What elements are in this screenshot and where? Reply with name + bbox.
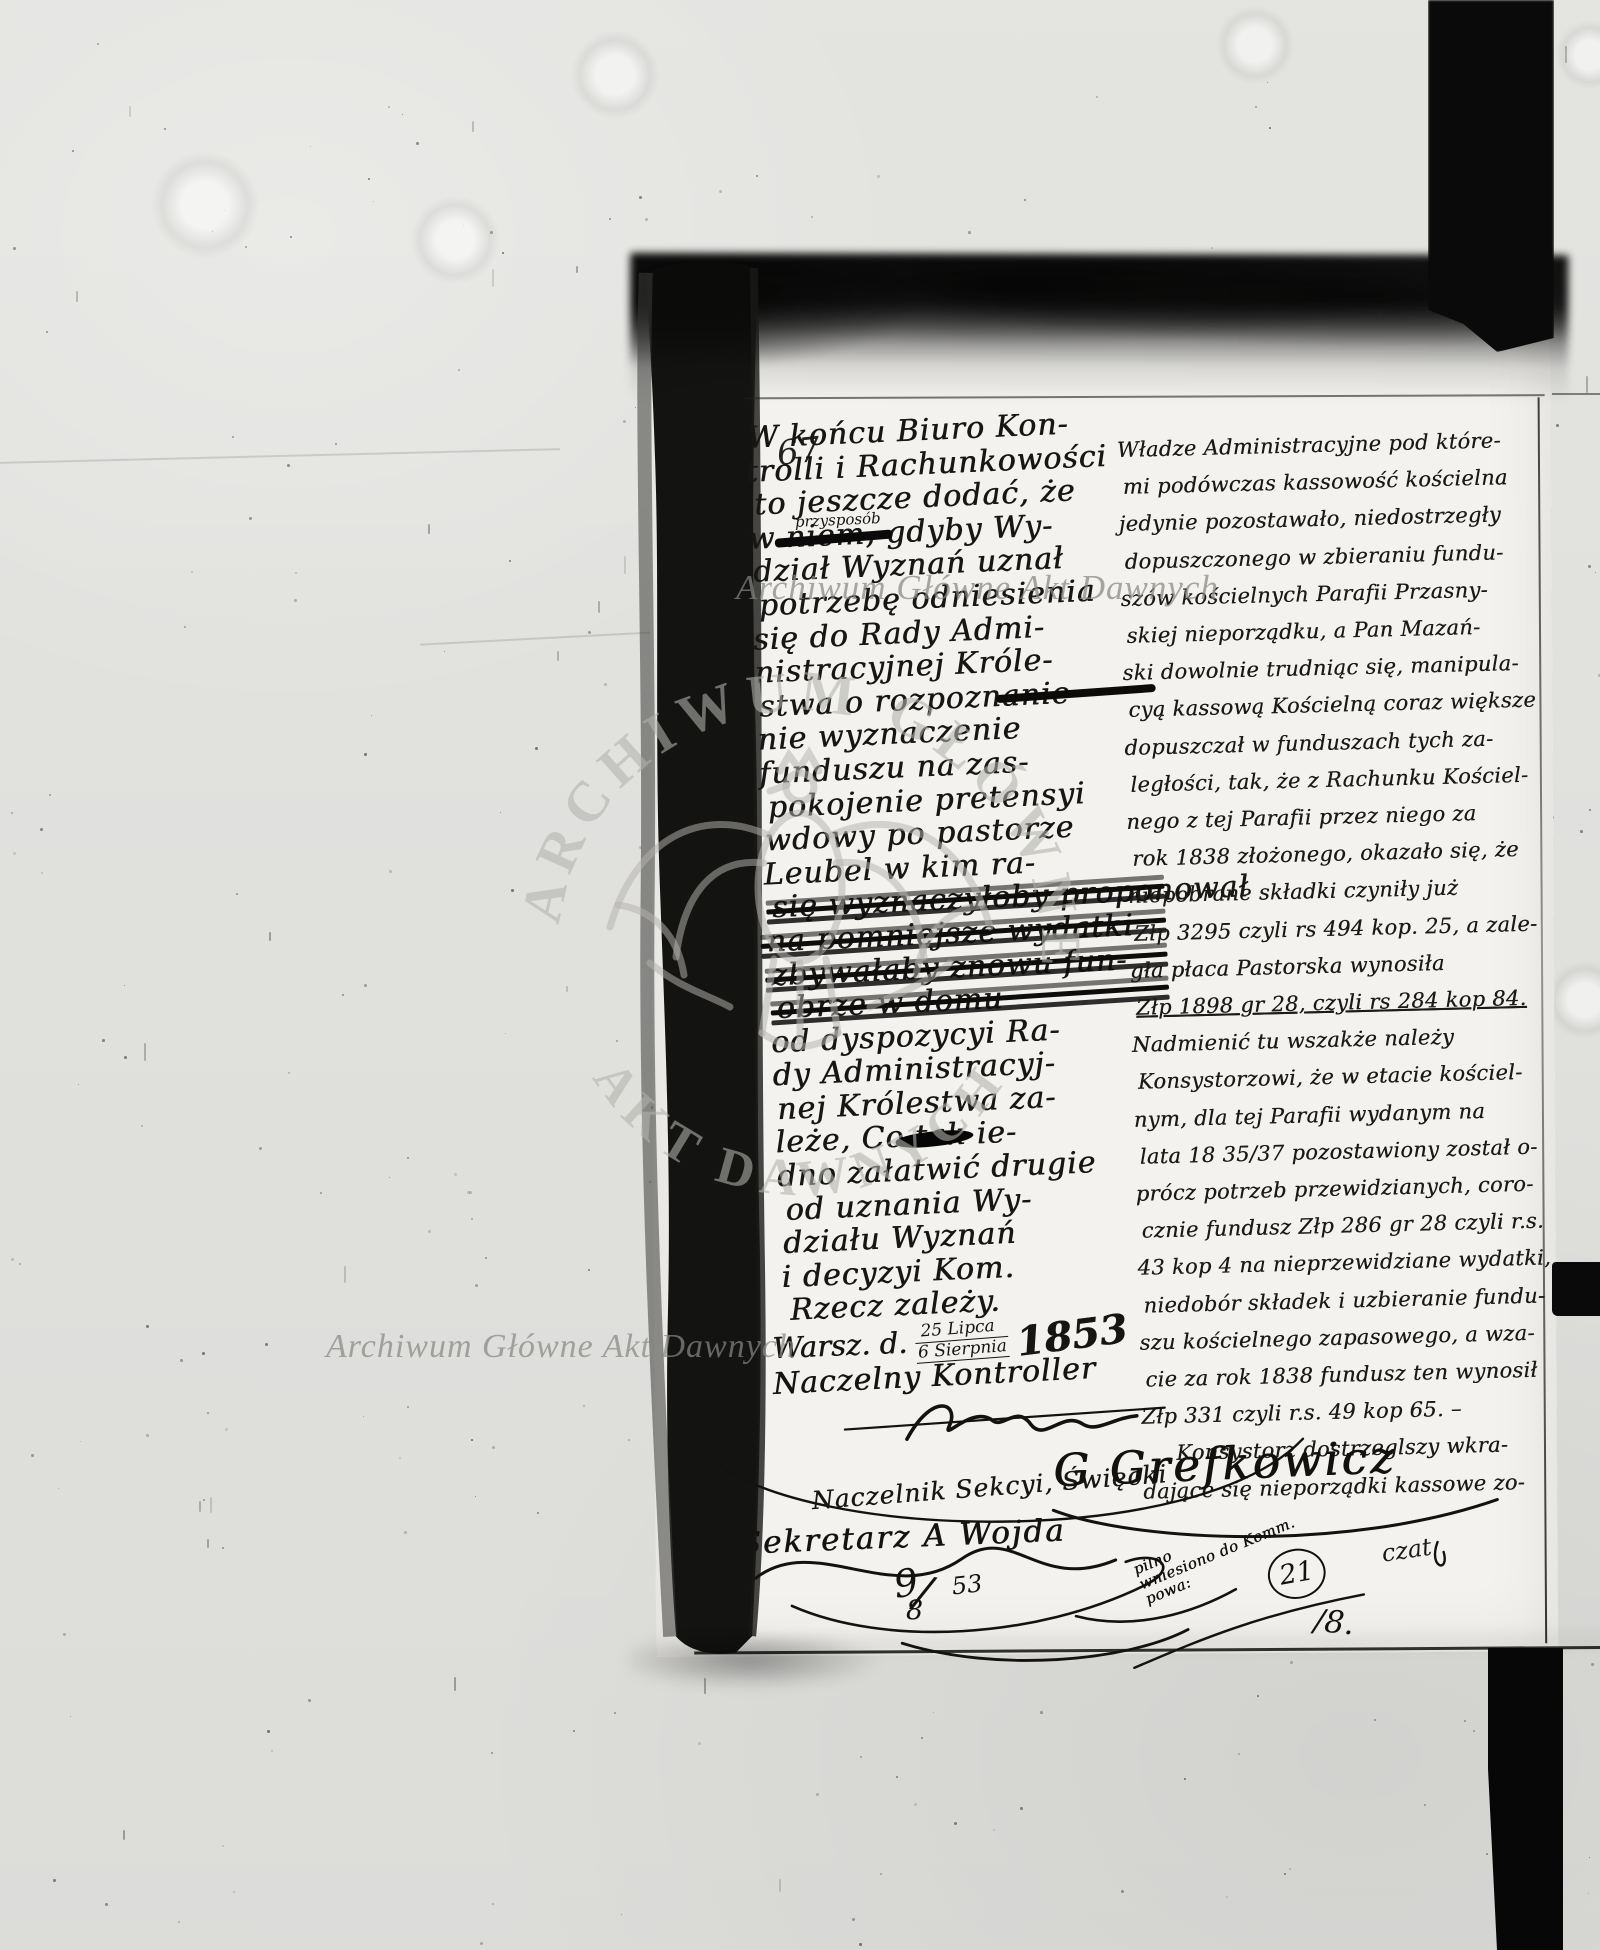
line-text: Nadmienić tu wszakże należy	[1132, 1025, 1455, 1057]
film-blotch	[410, 195, 500, 285]
line-text: rok 1838 złożonego, okazało się, że	[1132, 837, 1519, 871]
film-black-band-top-right	[1428, 0, 1554, 352]
line-text: jedynie pozostawało, niedostrzegły	[1119, 503, 1502, 537]
line-text: dopuszczonego w zbieraniu fundu-	[1124, 540, 1503, 574]
line-text: lata 18 35/37 pozostawiony został o-	[1140, 1135, 1538, 1169]
line-text: Złp 3295 czyli rs 494 kop. 25, a zale-	[1134, 911, 1538, 945]
line-text: Złp 1898 gr 28, czyli rs 284 kop 84.	[1136, 986, 1527, 1020]
place-and-day: Warsz. d.	[772, 1325, 908, 1364]
film-blotch	[570, 30, 660, 120]
year-small: 53	[950, 1569, 983, 1600]
film-blotch	[150, 150, 260, 260]
month-number: 8	[906, 1595, 923, 1626]
page-corner-shadow	[628, 1636, 928, 1716]
line-text: dopuszczał w funduszach tych za-	[1124, 726, 1494, 759]
line-text: skiej nieporządku, a Pan Mazań-	[1126, 615, 1480, 648]
month-denominator: /8.	[1312, 1603, 1355, 1643]
line-text: szów kościelnych Parafii Przasny-	[1120, 578, 1488, 611]
line-text: cyą kassową Kościelną coraz większe	[1128, 688, 1536, 722]
archival-photo-scan: 67 W końcu Biuro Kon- trolli i Rachunkow…	[0, 0, 1600, 1950]
line-text: gła płaca Pastorska wynosiła	[1130, 951, 1445, 983]
line-text: ski dowolnie trudniąc się, manipula-	[1122, 651, 1519, 685]
film-black-bar-bottom-right	[1488, 1648, 1563, 1950]
film-black-blob-right-edge	[1552, 1262, 1600, 1316]
line-text: szu kościelnego zapasowego, a wza-	[1139, 1321, 1535, 1355]
film-scratch-line	[0, 448, 560, 463]
right-text-column: Władze Administracyjne pod które- mi pod…	[1116, 421, 1567, 1510]
line-text: prócz potrzeb przewidzianych, coro-	[1135, 1172, 1533, 1206]
film-blotch	[1215, 5, 1295, 85]
left-text-column: W końcu Biuro Kon- trolli i Rachunkowośc…	[743, 405, 1175, 1329]
line-text: Konsystorzowi, że w etacie kościel-	[1138, 1060, 1523, 1094]
line-text: mi podówczas kassowość kościelna	[1123, 465, 1508, 499]
line-text: 43 kop 4 na nieprzewidziane wydatki,	[1137, 1246, 1551, 1280]
document-page: 67 W końcu Biuro Kon- trolli i Rachunkow…	[648, 259, 1558, 1656]
line-text: Władze Administracyjne pod które-	[1117, 428, 1501, 462]
interline-insertion: przysposób	[791, 502, 884, 541]
line-text: nego z tej Parafii przez niego za	[1126, 801, 1477, 834]
film-blotch	[1555, 20, 1600, 90]
line-text: niepobrane składki czyniły już	[1128, 876, 1459, 908]
line-text: cznie fundusz Złp 286 gr 28 czyli r.s.	[1141, 1209, 1544, 1243]
line-text: ległości, tak, że z Rachunku Kościel-	[1130, 763, 1529, 797]
page-edge-line-extension	[1552, 393, 1600, 395]
line-text: niedobór składek i uzbieranie fundu-	[1143, 1283, 1545, 1317]
line-text: nym, dla tej Parafii wydanym na	[1134, 1099, 1486, 1132]
